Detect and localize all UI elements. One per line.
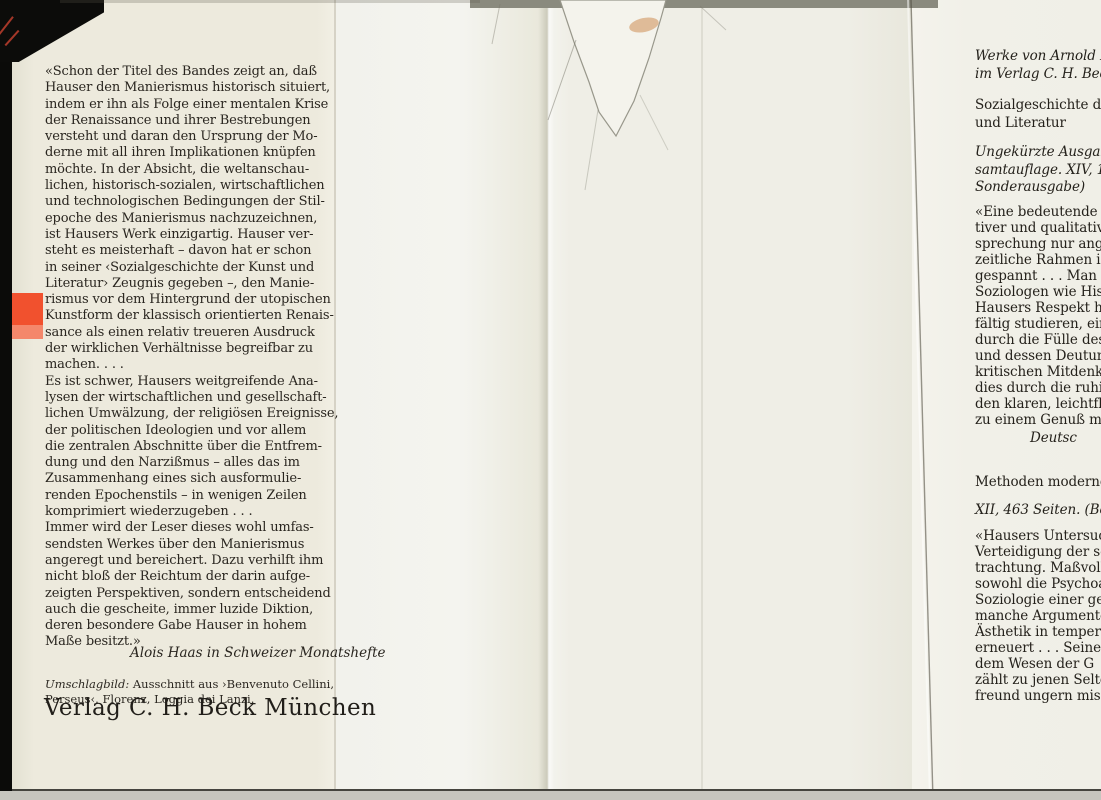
scanner-edge-left bbox=[0, 0, 12, 792]
right-flap-series-line: Werke von Arnold Hau im Verlag C. H. Bec… bbox=[975, 48, 1101, 83]
left-flap-attribution: Alois Haas in Schweizer Monatshefte bbox=[130, 645, 385, 661]
scanner-edge-bottom bbox=[0, 791, 1101, 800]
back-panel bbox=[548, 0, 912, 800]
right-flap-book-title-2: Methoden moderner bbox=[975, 474, 1101, 492]
dust-jacket-scan: «Schon der Titel des Bandes zeigt an, da… bbox=[0, 0, 1101, 800]
right-flap-attribution-1: Deutsc bbox=[1030, 430, 1101, 448]
right-flap-edition-2: XII, 463 Seiten. (Beck’ bbox=[975, 502, 1101, 520]
right-flap-book-title-1: Sozialgeschichte der K und Literatur bbox=[975, 97, 1101, 132]
left-flap-review-quote: «Schon der Titel des Bandes zeigt an, da… bbox=[45, 64, 340, 651]
right-flap-edition-1: Ungekürzte Ausgabe. 32 samtauflage. XIV,… bbox=[975, 144, 1101, 197]
scan-top-line bbox=[60, 0, 480, 3]
fold-crease-middle bbox=[538, 0, 554, 800]
right-flap-review-quote-2: «Hausers Untersuchun Verteidigung der so… bbox=[975, 528, 1101, 704]
fold-panel bbox=[336, 0, 548, 800]
orange-bookmark-tab bbox=[12, 293, 43, 339]
publisher-imprint: Verlag C. H. Beck München bbox=[44, 695, 376, 721]
credit-label: Umschlagbild: bbox=[45, 677, 129, 691]
right-flap-review-quote-1: «Eine bedeutende Arbei tiver und qualita… bbox=[975, 204, 1101, 428]
fold-crease-faint bbox=[701, 0, 703, 800]
